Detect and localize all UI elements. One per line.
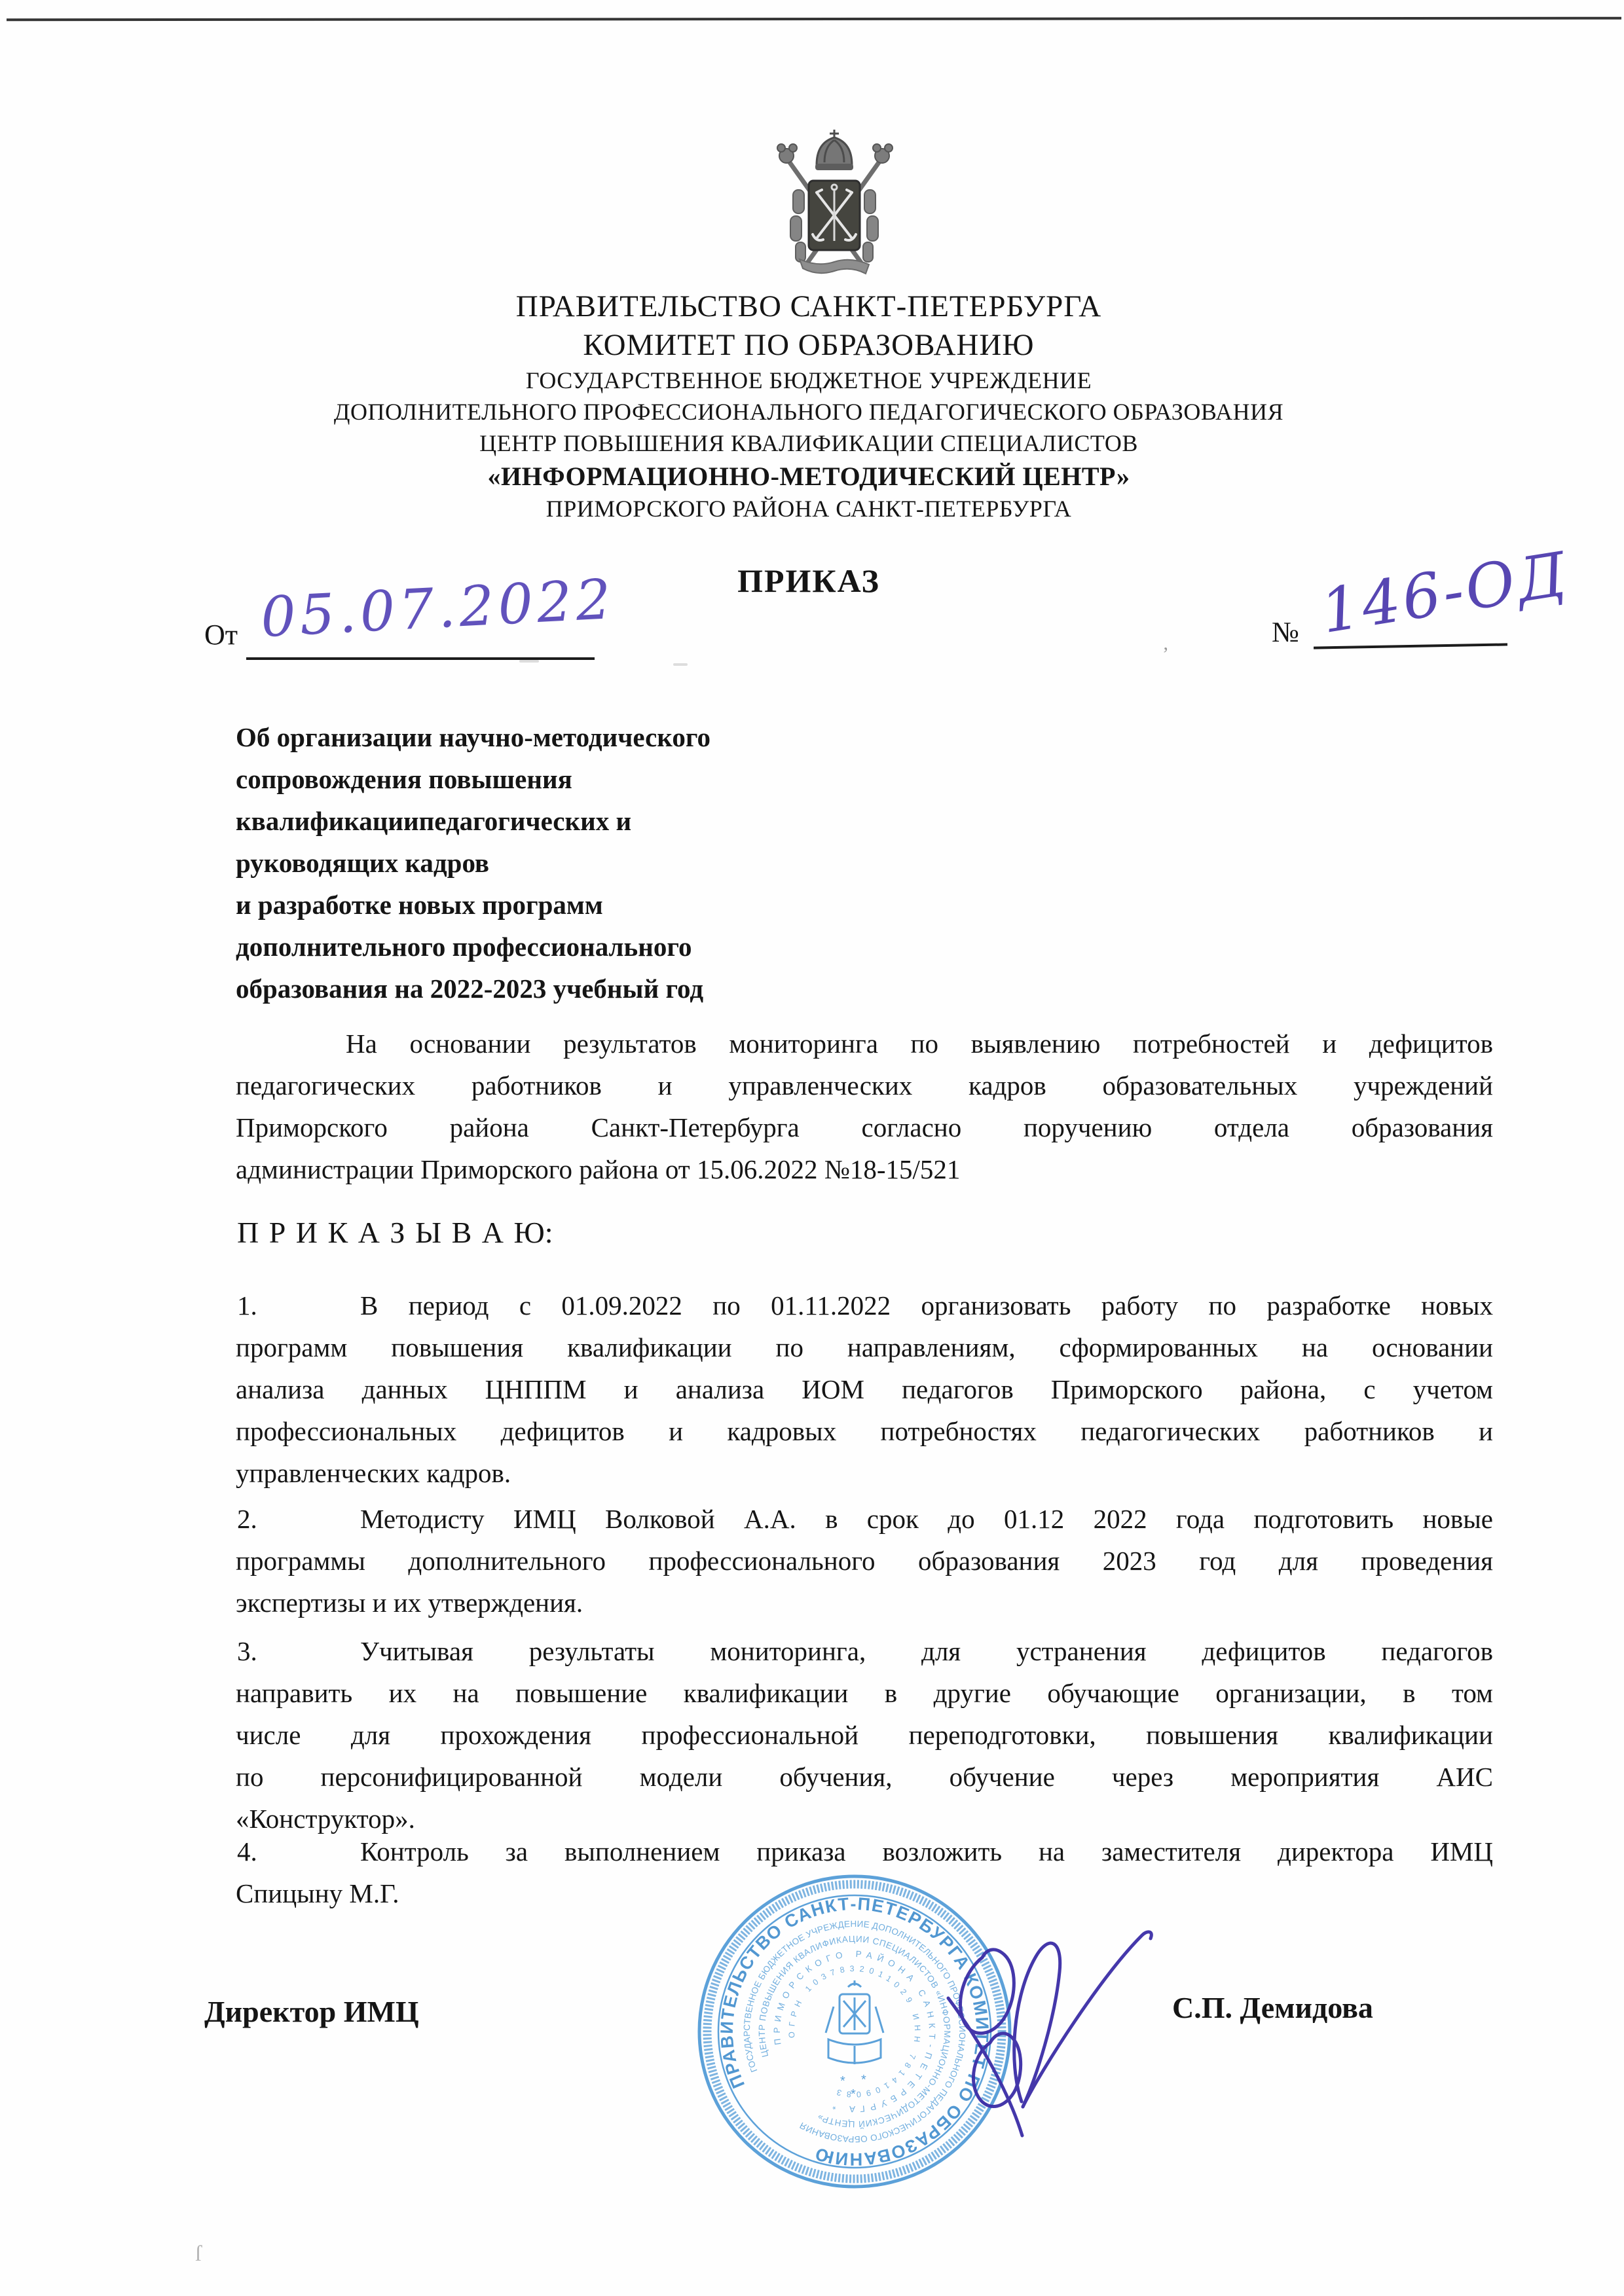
svg-text:ПРИМОРСКОГО РАЙОНА САНКТ-ПЕТЕР: ПРИМОРСКОГО РАЙОНА САНКТ-ПЕТЕРБУРГА * (759, 1936, 950, 2127)
signature-position-label: Директор ИМЦ (204, 1994, 419, 2029)
paragraph-line: На основании результатов мониторинга по … (236, 1023, 1493, 1065)
stamp-asterisks: * * * (840, 2073, 866, 2102)
paragraph-line: В период с 01.09.2022 по 01.11.2022 орга… (236, 1285, 1493, 1326)
paragraph-line: Приморского района Санкт-Петербурга согл… (236, 1106, 1493, 1148)
scan-smudge (519, 660, 539, 663)
subject-line: Об организации научно-методического (236, 716, 891, 758)
paragraph-line: управленческих кадров. (236, 1452, 1493, 1494)
decree-heading: П Р И К А З Ы В А Ю: (237, 1215, 553, 1250)
paragraph-line: администрации Приморского района от 15.0… (236, 1148, 1493, 1190)
subject-line: сопровождения повышения (236, 758, 891, 800)
subject-line: дополнительного профессионального (236, 926, 891, 968)
paragraph-line: по персонифицированной модели обучения, … (236, 1756, 1493, 1798)
item-number: 4. (237, 1831, 257, 1872)
signature-name: С.П. Демидова (1172, 1990, 1373, 2025)
scan-tick-mark: ſ (195, 2244, 201, 2264)
date-underline (246, 657, 595, 660)
stamp-ring-registry-text: ОГРН 1037832011029 ИНН 7814109083 (781, 1958, 929, 2106)
paragraph-line: программ повышения квалификации по напра… (236, 1326, 1493, 1368)
intro-paragraph: На основании результатов мониторинга по … (236, 1023, 1493, 1190)
header-institution-3: ЦЕНТР ПОВЫШЕНИЯ КВАЛИФИКАЦИИ СПЕЦИАЛИСТО… (0, 429, 1617, 457)
saint-petersburg-coat-of-arms-icon (762, 130, 907, 285)
svg-text:*: * (840, 2074, 845, 2088)
item-number: 2. (237, 1498, 257, 1540)
paragraph-line: Методисту ИМЦ Волковой А.А. в срок до 01… (236, 1498, 1493, 1540)
scan-artifact-top-line (7, 17, 1621, 22)
paragraph-line: педагогических работников и управленческ… (236, 1065, 1493, 1106)
shield-icon (809, 181, 860, 250)
handwritten-number: 146-ОД (1316, 539, 1574, 647)
paragraph-line: анализа данных ЦНППМ и анализа ИОМ педаг… (236, 1368, 1493, 1410)
order-subject: Об организации научно-методического сопр… (236, 716, 891, 1010)
date-label: От (204, 618, 238, 651)
header-institution-2: ДОПОЛНИТЕЛЬНОГО ПРОФЕССИОНАЛЬНОГО ПЕДАГО… (0, 398, 1617, 426)
paragraph-line: экспертизы и их утверждения. (236, 1582, 1493, 1624)
subject-line: и разработке новых программ (236, 884, 891, 926)
svg-text:*: * (861, 2073, 866, 2087)
stamp-center-arms (826, 1980, 883, 2064)
header-center-name: «ИНФОРМАЦИОННО-МЕТОДИЧЕСКИЙ ЦЕНТР» (0, 461, 1617, 492)
item-number: 3. (237, 1630, 257, 1672)
scan-tick-mark: ʼ (1162, 645, 1169, 665)
ribbon-icon (800, 259, 869, 274)
subject-line: образования на 2022-2023 учебный год (236, 968, 891, 1010)
official-round-stamp: ПРАВИТЕЛЬСТВО САНКТ-ПЕТЕРБУРГА КОМИТЕТ П… (691, 1868, 1018, 2195)
item-number: 1. (237, 1285, 257, 1326)
order-item-1: 1. В период с 01.09.2022 по 01.11.2022 о… (236, 1285, 1493, 1494)
paragraph-line: Учитывая результаты мониторинга, для уст… (236, 1630, 1493, 1672)
paragraph-line: числе для прохождения профессиональной п… (236, 1714, 1493, 1756)
number-label: № (1272, 615, 1299, 649)
paragraph-line: программы дополнительного профессиональн… (236, 1540, 1493, 1582)
paragraph-line: Спицыну М.Г. (236, 1872, 1493, 1914)
order-item-3: 3. Учитывая результаты мониторинга, для … (236, 1630, 1493, 1840)
header-district: ПРИМОРСКОГО РАЙОНА САНКТ-ПЕТЕРБУРГА (0, 495, 1617, 522)
subject-line: квалификациипедагогических и (236, 800, 891, 842)
svg-text:ГОСУДАРСТВЕННОЕ БЮДЖЕТНОЕ УЧРЕ: ГОСУДАРСТВЕННОЕ БЮДЖЕТНОЕ УЧРЕЖДЕНИЕ ДОП… (708, 1885, 1001, 2178)
subject-line: руководящих кадров (236, 842, 891, 884)
header-government: ПРАВИТЕЛЬСТВО САНКТ-ПЕТЕРБУРГА (0, 289, 1617, 324)
scanned-order-document: ʼ ſ (0, 0, 1624, 2296)
paragraph-line: Контроль за выполнением приказа возложит… (236, 1831, 1493, 1872)
svg-text:*: * (851, 2087, 856, 2102)
order-item-4: 4. Контроль за выполнением приказа возло… (236, 1831, 1493, 1914)
paragraph-line: направить их на повышение квалификации в… (236, 1672, 1493, 1714)
scan-smudge (673, 663, 688, 666)
stamp-ring-middle-text: ГОСУДАРСТВЕННОЕ БЮДЖЕТНОЕ УЧРЕЖДЕНИЕ ДОП… (708, 1885, 1001, 2178)
header-institution-1: ГОСУДАРСТВЕННОЕ БЮДЖЕТНОЕ УЧРЕЖДЕНИЕ (0, 367, 1617, 394)
svg-text:ОГРН 1037832011029 ИНН 7814109: ОГРН 1037832011029 ИНН 7814109083 (781, 1958, 929, 2106)
stamp-ring-inner2-text: ПРИМОРСКОГО РАЙОНА САНКТ-ПЕТЕРБУРГА * (759, 1936, 950, 2127)
svg-text:ЦЕНТР ПОВЫШЕНИЯ КВАЛИФИКАЦИИ С: ЦЕНТР ПОВЫШЕНИЯ КВАЛИФИКАЦИИ СПЕЦИАЛИСТО… (734, 1911, 976, 2153)
stamp-ring-inner-text: ЦЕНТР ПОВЫШЕНИЯ КВАЛИФИКАЦИИ СПЕЦИАЛИСТО… (734, 1911, 976, 2153)
crown-icon (815, 130, 853, 170)
paragraph-line: профессиональных дефицитов и кадровых по… (236, 1410, 1493, 1452)
header-committee: КОМИТЕТ ПО ОБРАЗОВАНИЮ (0, 327, 1617, 363)
order-item-2: 2. Методисту ИМЦ Волковой А.А. в срок до… (236, 1498, 1493, 1624)
